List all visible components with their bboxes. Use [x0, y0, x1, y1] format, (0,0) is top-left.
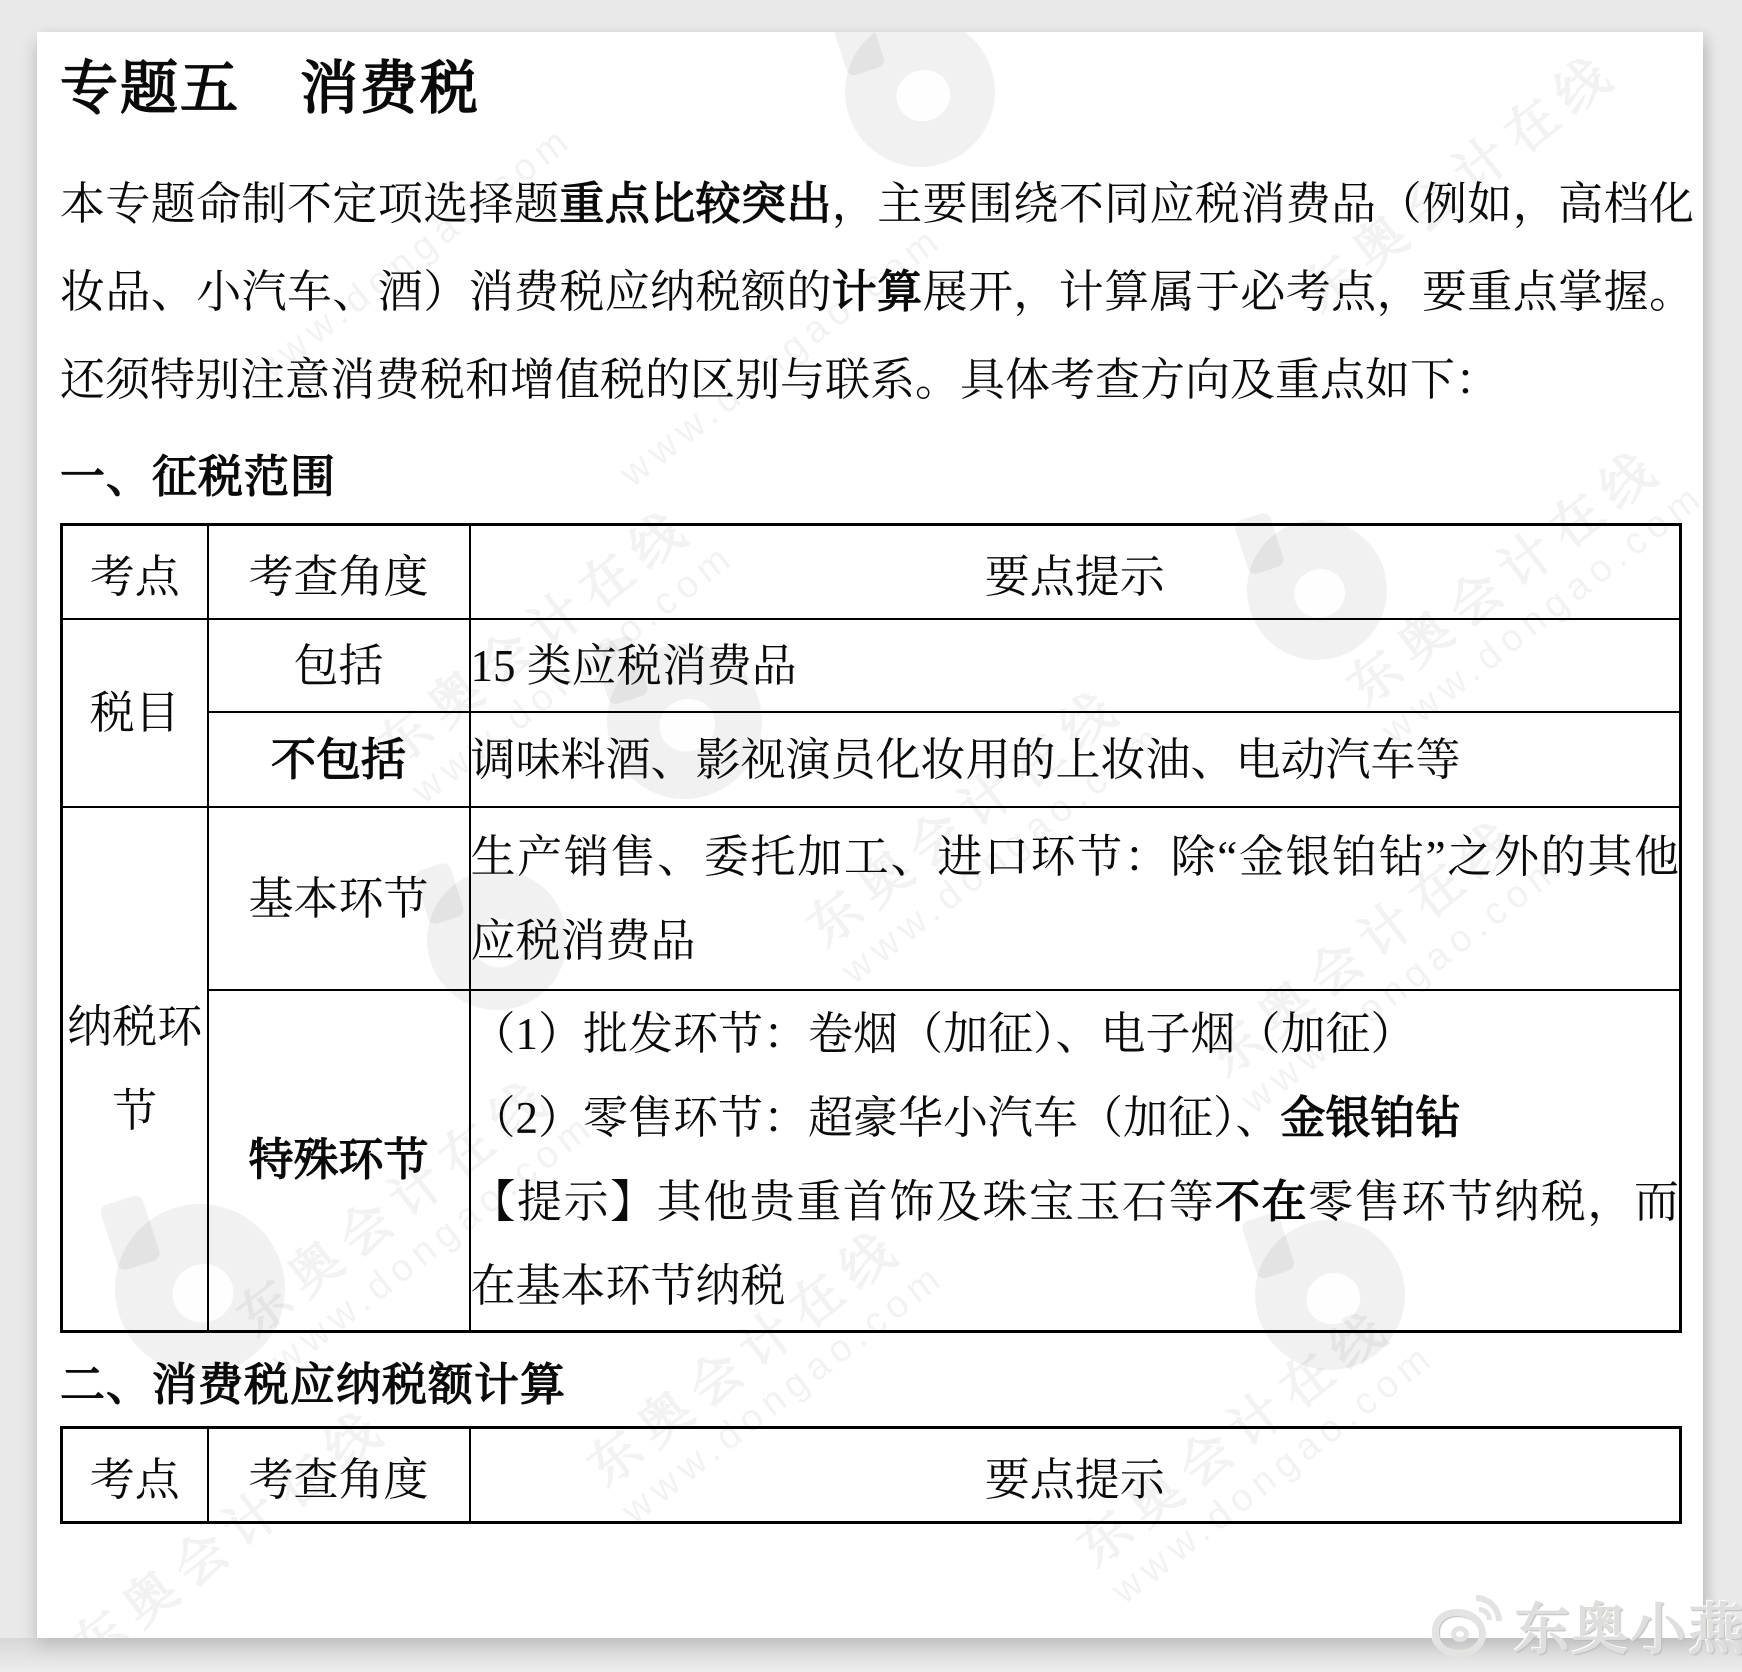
angle-cell-jiben-huanjie: 基本环节	[208, 807, 470, 990]
author-watermark-text: 东奥小燕	[1514, 1586, 1742, 1666]
points-cell: 生产销售、委托加工、进口环节：除“金银铂钻”之外的其他应税消费品	[470, 807, 1681, 990]
table-header-row: 考点 考查角度 要点提示	[62, 525, 1681, 620]
points-cell: （1）批发环节：卷烟（加征）、电子烟（加征）（2）零售环节：超豪华小汽车（加征）…	[470, 990, 1681, 1331]
intro-paragraph: 本专题命制不定项选择题重点比较突出，主要围绕不同应税消费品（例如，高档化妆品、小…	[60, 160, 1694, 424]
section-heading-2: 二、消费税应纳税额计算	[60, 1357, 566, 1413]
document-page-screenshot: www.dongao.com 东奥会计在线 www.dongao.com 东奥会…	[0, 0, 1742, 1672]
author-watermark-badge: 东奥小燕	[1432, 1586, 1742, 1666]
header-kaodian: 考点	[62, 1428, 208, 1523]
header-kaodian: 考点	[62, 525, 208, 620]
angle-cell-teshu-huanjie: 特殊环节	[208, 990, 470, 1331]
tax-scope-table: 考点 考查角度 要点提示 税目 包括 15 类应税消费品 不包括 调味料酒、影视…	[60, 523, 1682, 1333]
tax-calculation-table: 考点 考查角度 要点提示	[60, 1426, 1682, 1524]
points-cell: 15 类应税消费品	[470, 619, 1681, 712]
document-page: www.dongao.com 东奥会计在线 www.dongao.com 东奥会…	[37, 32, 1703, 1638]
weibo-icon	[1432, 1595, 1502, 1657]
table-row: 纳税环节 基本环节 生产销售、委托加工、进口环节：除“金银铂钻”之外的其他应税消…	[62, 807, 1681, 990]
points-cell: 调味料酒、影视演员化妆用的上妆油、电动汽车等	[470, 712, 1681, 807]
table-row: 税目 包括 15 类应税消费品	[62, 619, 1681, 712]
table-row: 不包括 调味料酒、影视演员化妆用的上妆油、电动汽车等	[62, 712, 1681, 807]
header-yaodian-tishi: 要点提示	[470, 1428, 1681, 1523]
table-row: 特殊环节 （1）批发环节：卷烟（加征）、电子烟（加征）（2）零售环节：超豪华小汽…	[62, 990, 1681, 1331]
topic-cell-shuimu: 税目	[62, 619, 208, 807]
document-content: 专题五 消费税 本专题命制不定项选择题重点比较突出，主要围绕不同应税消费品（例如…	[37, 32, 1703, 1638]
header-kaocha-jiaodu: 考查角度	[208, 525, 470, 620]
angle-cell-baokuo: 包括	[208, 619, 470, 712]
page-title: 专题五 消费税	[60, 56, 480, 122]
angle-cell-bubaokuo: 不包括	[208, 712, 470, 807]
table-header-row: 考点 考查角度 要点提示	[62, 1428, 1681, 1523]
section-heading-1: 一、征税范围	[60, 449, 336, 505]
header-kaocha-jiaodu: 考查角度	[208, 1428, 470, 1523]
topic-cell-nashui-huanjie: 纳税环节	[62, 807, 208, 1331]
header-yaodian-tishi: 要点提示	[470, 525, 1681, 620]
